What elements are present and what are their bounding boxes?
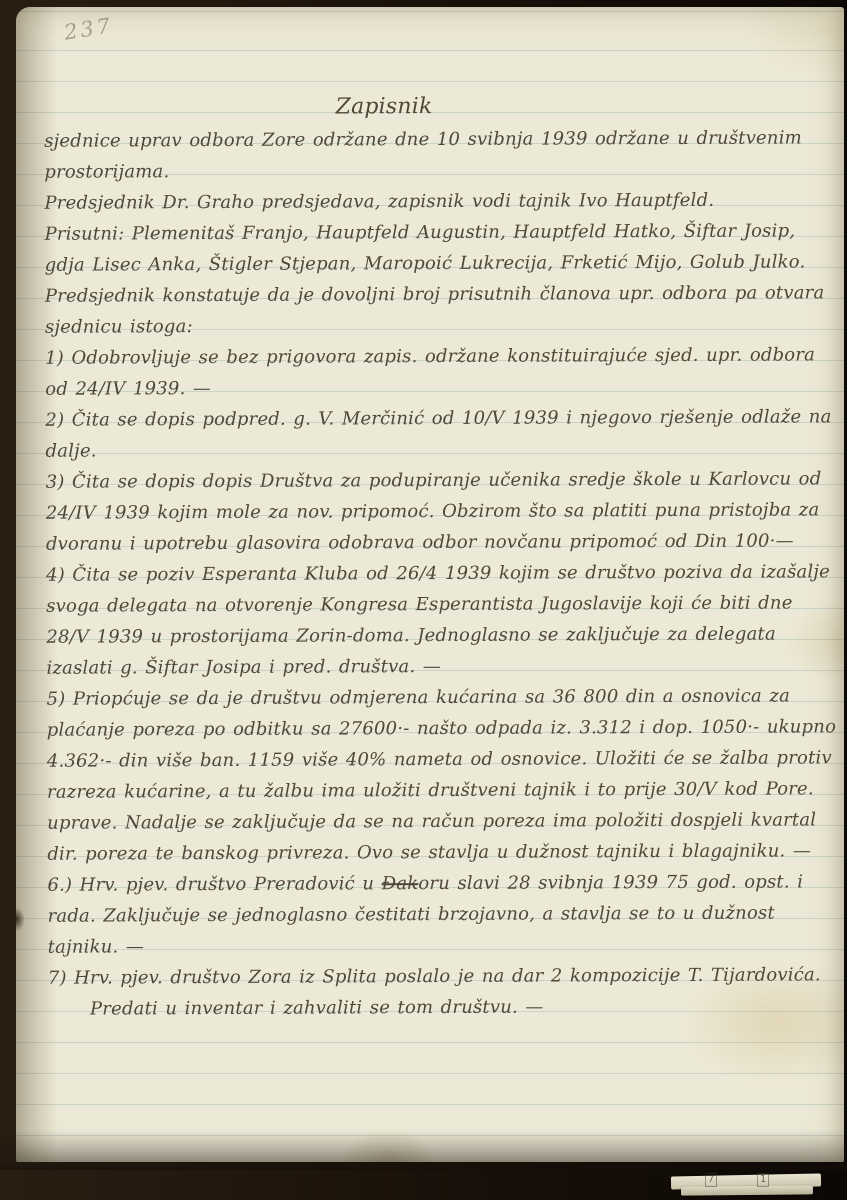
minutes-item-7-continuation: Predati u inventar i zahvaliti se tom dr… [48, 990, 844, 1024]
minutes-item-6-prefix: 6.) Hrv. pjev. društvo Preradović u [47, 873, 381, 895]
minutes-item-4: 4) Čita se poziv Esperanta Kluba od 26/4… [46, 556, 843, 683]
minutes-item-2: 2) Čita se dopis podpred. g. V. Merčinić… [45, 401, 841, 466]
minutes-item-7: 7) Hrv. pjev. društvo Zora iz Splita pos… [48, 959, 844, 993]
intro-attendees-line: Prisutni: Plemenitaš Franjo, Hauptfeld A… [45, 215, 841, 280]
intro-quorum-line: Predsjednik konstatuje da je dovoljni br… [45, 277, 841, 342]
intro-session-line: sjednice uprav odbora Zore održane dne 1… [44, 122, 840, 187]
document-title: Zapisnik [0, 90, 782, 124]
notebook-paper: 237 Zapisnik sjednice uprav odbora Zore … [16, 7, 844, 1162]
minutes-item-5: 5) Priopćuje se da je društvu odmjerena … [47, 680, 844, 869]
book-page-edges: 7 1 [671, 1166, 821, 1196]
minutes-item-6-strikethrough: Đak [382, 873, 419, 894]
minutes-item-1: 1) Odobrovljuje se bez prigovora zapis. … [45, 339, 841, 404]
minutes-item-3: 3) Čita se dopis dopis Društva za podupi… [46, 463, 842, 559]
page-edge-strip [681, 1185, 813, 1195]
pencil-page-number: 237 [62, 13, 114, 44]
scanned-notebook-page: 237 Zapisnik sjednice uprav odbora Zore … [0, 0, 847, 1200]
intro-chairman-line: Predsjednik Dr. Graho predsjedava, zapis… [44, 184, 840, 218]
page-edge-mark: 7 [705, 1173, 717, 1187]
handwritten-minutes: Zapisnik sjednice uprav odbora Zore održ… [44, 89, 844, 1024]
minutes-item-6: 6.) Hrv. pjev. društvo Preradović u Đako… [47, 866, 843, 962]
page-edge-mark: 1 [757, 1173, 769, 1187]
